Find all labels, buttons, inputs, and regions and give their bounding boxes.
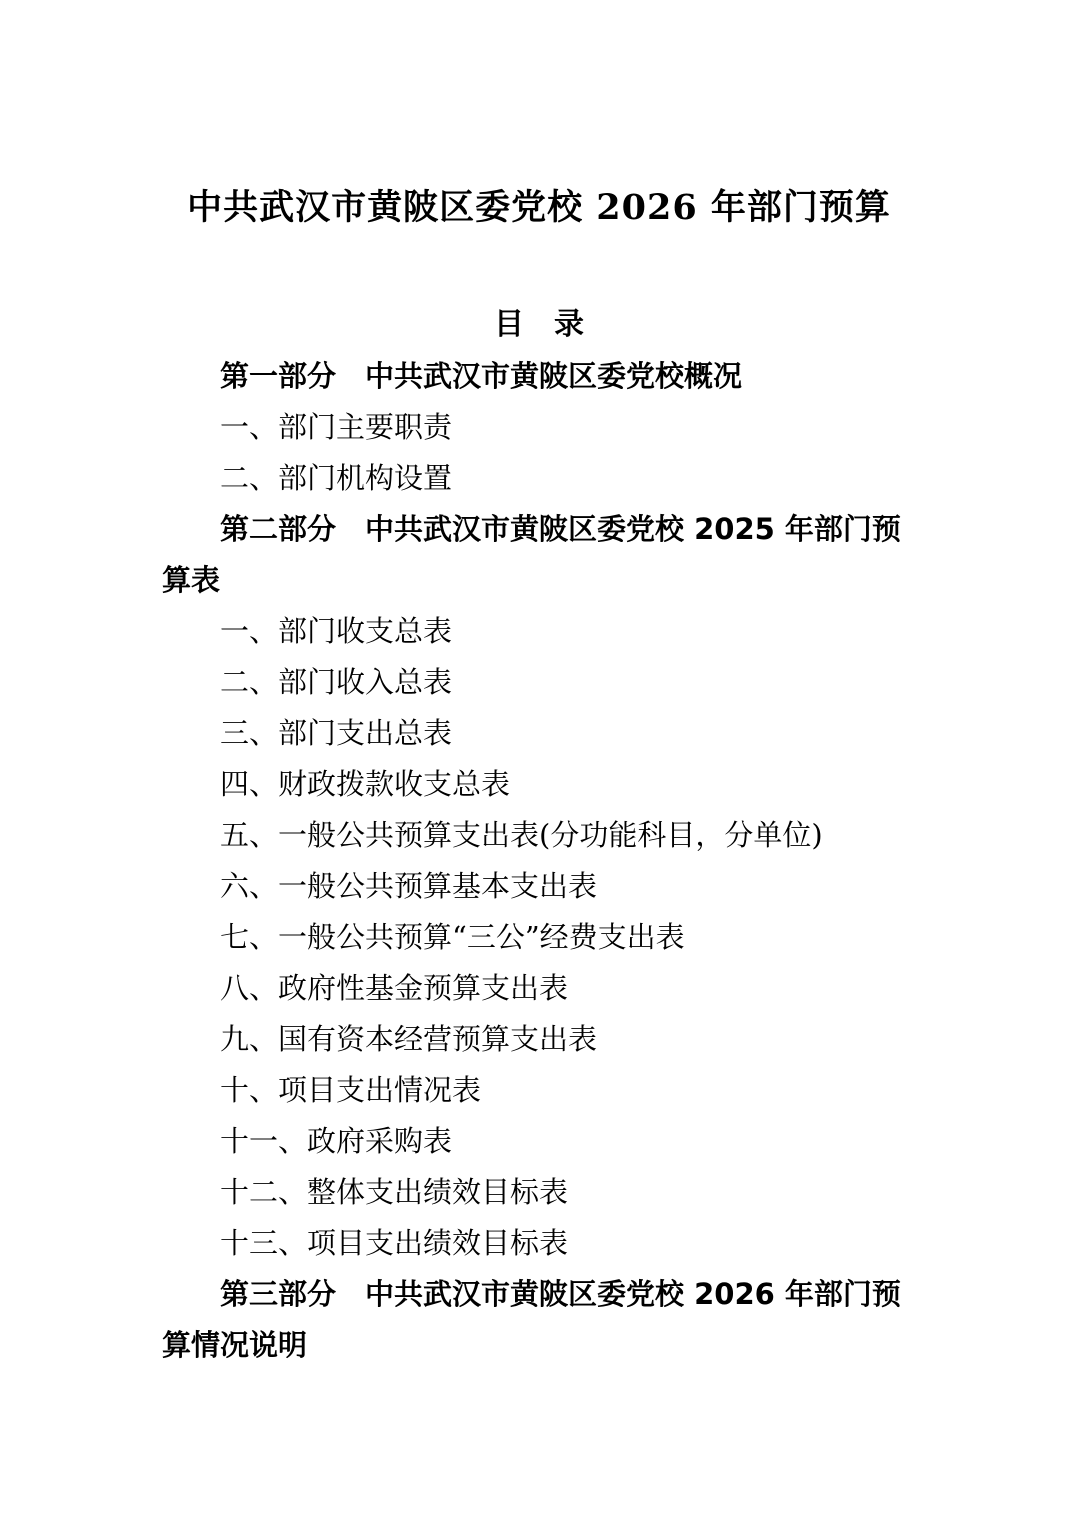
toc-part1-heading: 第一部分 中共武汉市黄陂区委党校概况 — [162, 351, 916, 402]
toc-part2-item-9: 九、国有资本经营预算支出表 — [162, 1014, 916, 1065]
toc-part2-item-6: 六、一般公共预算基本支出表 — [162, 861, 916, 912]
toc-part2-item-12: 十二、整体支出绩效目标表 — [162, 1167, 916, 1218]
toc-part2-item-4: 四、财政拨款收支总表 — [162, 759, 916, 810]
toc-part1-item-2: 二、部门机构设置 — [162, 453, 916, 504]
toc-part2-item-2: 二、部门收入总表 — [162, 657, 916, 708]
toc-part2-item-5: 五、一般公共预算支出表(分功能科目，分单位) — [162, 810, 916, 861]
toc-part2-item-10: 十、项目支出情况表 — [162, 1065, 916, 1116]
document-page: 中共武汉市黄陂区委党校 2026 年部门预算 目 录 第一部分 中共武汉市黄陂区… — [0, 0, 1074, 1520]
toc-part2-item-11: 十一、政府采购表 — [162, 1116, 916, 1167]
toc-part3-heading: 第三部分 中共武汉市黄陂区委党校 2026 年部门预算情况说明 — [162, 1269, 916, 1371]
toc-part2-heading: 第二部分 中共武汉市黄陂区委党校 2025 年部门预算表 — [162, 504, 916, 606]
toc-part2-item-8: 八、政府性基金预算支出表 — [162, 963, 916, 1014]
toc-part1-item-1: 一、部门主要职责 — [162, 402, 916, 453]
toc-part2-item-7: 七、一般公共预算“三公”经费支出表 — [162, 912, 916, 963]
document-title: 中共武汉市黄陂区委党校 2026 年部门预算 — [162, 185, 916, 230]
toc-heading: 目 录 — [162, 305, 916, 345]
toc-part2-item-3: 三、部门支出总表 — [162, 708, 916, 759]
toc-part2-item-13: 十三、项目支出绩效目标表 — [162, 1218, 916, 1269]
toc-part2-item-1: 一、部门收支总表 — [162, 606, 916, 657]
